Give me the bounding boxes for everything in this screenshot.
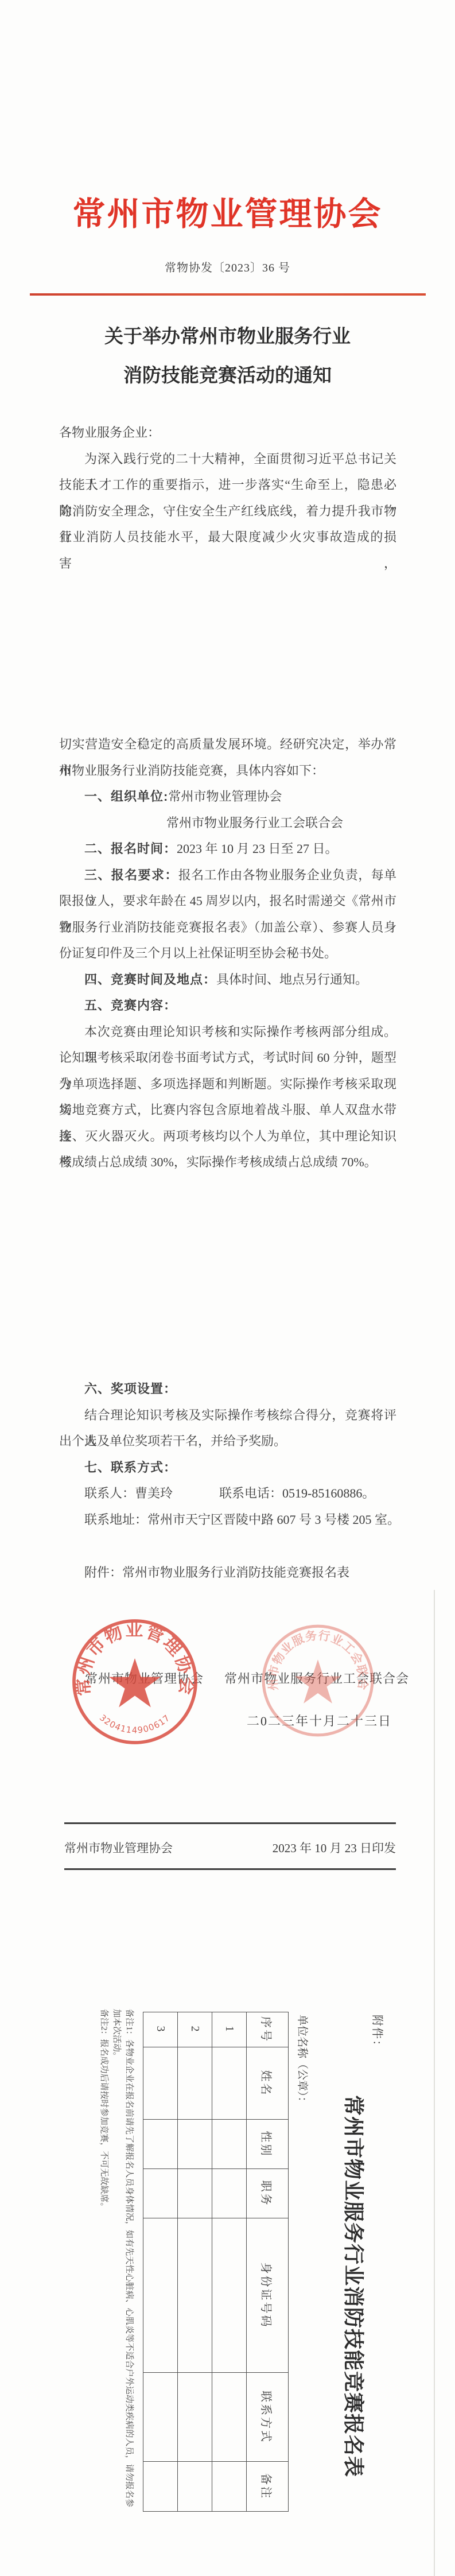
scan-artifact-line <box>434 1590 435 2576</box>
line-text: 附件：常州市物业服务行业消防技能竞赛报名表 <box>84 1565 349 1580</box>
line-text: 备注1：各物业企业在报名前请先了解报名人员身体情况，如有先天性心脏病、心肌炎等不… <box>125 2009 134 2507</box>
contact-phone-text: 联系电话：0519-85160886。 <box>219 1480 375 1507</box>
line-text: 常州市物业管理协会 <box>168 789 282 804</box>
attachment-label: 附件： <box>370 2015 387 2053</box>
text-line: 技能人才工作的重要指示，进一步落实“生命至上，隐患必除” <box>59 472 396 498</box>
signature-org-right: 常州市物业服务行业工会联合会 <box>224 1669 409 1687</box>
section-heading-label: 二、报名时间： <box>84 841 177 856</box>
text-line: 五、竞赛内容： <box>59 992 396 1019</box>
text-line: 四、竞赛时间及地点：具体时间、地点另行通知。 <box>59 967 396 993</box>
empty-cell <box>178 2169 212 2218</box>
row-number-cell: 2 <box>178 2012 212 2047</box>
paragraph-awards-contact: 六、奖项设置：结合理论知识考核及实际操作考核综合得分，竞赛将评选出个人及单位奖项… <box>59 1376 396 1533</box>
text-line: 六、奖项设置： <box>59 1376 396 1402</box>
section-heading-label: 三、报名要求： <box>84 868 178 882</box>
signature-org-left: 常州市物业管理协会 <box>85 1669 204 1687</box>
text-line: 出个人及单位奖项若干名，并给予奖励。 <box>59 1428 396 1454</box>
text-line: 结合理论知识考核及实际操作考核综合得分，竞赛将评选 <box>59 1402 396 1429</box>
paragraph-main-sections: 切实营造安全稳定的高质量发展环境。经研究决定，举办常州市物业服务行业消防技能竞赛… <box>59 731 396 1176</box>
line-text: 具体时间、地点另行通知。 <box>216 972 368 987</box>
empty-cell <box>143 2047 178 2120</box>
text-line: 二、报名时间：2023 年 10 月 23 日至 27 日。 <box>59 836 396 862</box>
table-header-row: 序号 姓名 性别 职务 身份证号码 联系方式 备注 <box>247 2012 289 2512</box>
section-heading-label: 五、竞赛内容： <box>84 998 177 1012</box>
scanned-official-document: 常州市物业管理协会 常物协发〔2023〕36 号 关于举办常州市物业服务行业 消… <box>0 0 455 2576</box>
empty-cell <box>212 2218 247 2373</box>
paragraph-salutation-and-intro: 各物业服务企业：为深入践行党的二十大精神，全面贯彻习近平总书记关于技能人才工作的… <box>59 420 396 550</box>
text-line: 切实营造安全稳定的高质量发展环境。经研究决定，举办常州 <box>59 731 396 758</box>
text-line: 核成绩占总成绩 30%，实际操作考核成绩占总成绩 70%。 <box>59 1149 396 1176</box>
empty-cell <box>212 2120 247 2169</box>
row-number-cell: 3 <box>143 2012 178 2047</box>
empty-cell <box>143 2373 178 2462</box>
empty-cell <box>143 2120 178 2169</box>
text-line: 业服务行业消防技能竞赛报名表》（加盖公章）、参赛人员身 <box>59 914 396 941</box>
footer-bottom-rule <box>64 1868 396 1870</box>
attachment-notes: 备注1：各物业企业在报名前请先了解报名人员身体情况，如有先天性心脏病、心肌炎等不… <box>98 2009 135 2507</box>
text-line: 市物业服务行业消防技能竞赛，具体内容如下： <box>59 758 396 784</box>
empty-cell <box>178 2120 212 2169</box>
text-line: 七、联系方式： <box>59 1454 396 1481</box>
line-text: 联系地址：常州市天宁区晋陵中路 607 号 3 号楼 205 室。 <box>84 1512 400 1527</box>
table-row: 3 <box>143 2012 178 2512</box>
line-text: 业服务行业消防技能竞赛报名表》（加盖公章）、参赛人员身 <box>59 920 396 934</box>
col-header-remark: 备注 <box>247 2462 289 2512</box>
doc-title-line1: 关于举办常州市物业服务行业 <box>0 321 455 348</box>
attachment-reference-line: 附件：常州市物业服务行业消防技能竞赛报名表 <box>59 1559 396 1586</box>
text-line: 备注1：各物业企业在报名前请先了解报名人员身体情况，如有先天性心脏病、心肌炎等不… <box>123 2009 135 2507</box>
text-line: 联系人：曹美玲联系电话：0519-85160886。 <box>59 1480 396 1507</box>
text-line: 行业消防人员技能水平，最大限度减少火灾事故造成的损害， <box>59 524 396 550</box>
footer-issuer: 常州市物业管理协会 <box>64 1838 173 1858</box>
empty-cell <box>178 2462 212 2512</box>
line-text: 联系人：曹美玲 <box>84 1486 173 1500</box>
line-text: 备注2：报名成功后请按时参加竞赛，不可无故缺席。 <box>99 2009 108 2212</box>
doc-title-line2: 消防技能竞赛活动的通知 <box>0 360 455 387</box>
text-line: 论知识考核采取闭卷书面考试方式，考试时间 60 分钟，题型分 <box>59 1045 396 1071</box>
row-number-cell: 1 <box>212 2012 247 2047</box>
section-heading-label: 四、竞赛时间及地点： <box>84 972 216 987</box>
footer-top-rule <box>64 1822 396 1824</box>
empty-cell <box>178 2047 212 2120</box>
section-heading-label: 一、组织单位: <box>84 789 168 804</box>
line-text: 份证复印件及三个月以上社保证明至协会秘书处。 <box>59 946 337 960</box>
col-header-seq: 序号 <box>247 2012 289 2047</box>
footer-row: 常州市物业管理协会 2023 年 10 月 23 日印发 <box>64 1838 396 1858</box>
col-header-position: 职务 <box>247 2169 289 2218</box>
empty-cell <box>212 2462 247 2512</box>
col-header-name: 姓名 <box>247 2047 289 2120</box>
svg-text:3204114900617: 3204114900617 <box>98 1713 172 1735</box>
signature-date: 二0二三年十月二十三日 <box>247 1712 392 1729</box>
text-line: 为深入践行党的二十大精神，全面贯彻习近平总书记关于 <box>59 446 396 472</box>
table-row: 2 <box>178 2012 212 2512</box>
text-line: 为单项选择题、多项选择题和判断题。实际操作考核采取现场 <box>59 1071 396 1097</box>
text-line: 附件：常州市物业服务行业消防技能竞赛报名表 <box>59 1559 396 1586</box>
line-text: 各物业服务企业： <box>59 425 160 440</box>
text-line: 接、灭火器灭火。两项考核均以个人为单位，其中理论知识考 <box>59 1123 396 1150</box>
empty-cell <box>143 2169 178 2218</box>
attachment-unit-name-label: 单位名称（公章）： <box>295 2015 311 2108</box>
line-text: 出个人及单位奖项若干名，并给予奖励。 <box>59 1434 286 1448</box>
section-heading-label: 七、联系方式： <box>84 1460 177 1475</box>
table-row: 1 <box>212 2012 247 2512</box>
text-line: 的消防安全理念，守住安全生产红线底线，着力提升我市物业 <box>59 498 396 525</box>
red-divider-rule <box>30 293 426 296</box>
line-text: 核成绩占总成绩 30%，实际操作考核成绩占总成绩 70%。 <box>59 1155 377 1169</box>
line-text: 常州市物业服务行业工会联合会 <box>166 816 343 830</box>
document-number: 常物协发〔2023〕36 号 <box>0 258 455 275</box>
footer-print-date: 2023 年 10 月 23 日印发 <box>273 1838 396 1858</box>
section-heading-label: 六、奖项设置： <box>84 1382 177 1396</box>
text-line: 常州市物业服务行业工会联合会 <box>59 810 396 836</box>
text-line: 加本次活动。 <box>110 2009 123 2507</box>
registration-table: 序号 姓名 性别 职务 身份证号码 联系方式 备注 1 2 3 <box>143 2012 289 2512</box>
empty-cell <box>143 2218 178 2373</box>
line-text: 市物业服务行业消防技能竞赛，具体内容如下： <box>59 763 324 778</box>
empty-cell <box>212 2047 247 2120</box>
attachment-registration-form: 附件： 常州市物业服务行业消防技能竞赛报名表 单位名称（公章）： 序号 姓名 性… <box>46 1977 390 2546</box>
text-line: 一、组织单位:常州市物业管理协会 <box>59 783 396 810</box>
text-line: 三、报名要求：报名工作由各物业服务企业负责，每单位 <box>59 862 396 889</box>
empty-cell <box>178 2373 212 2462</box>
empty-cell <box>178 2218 212 2373</box>
col-header-gender: 性别 <box>247 2120 289 2169</box>
text-line: 份证复印件及三个月以上社保证明至协会秘书处。 <box>59 940 396 967</box>
col-header-contact: 联系方式 <box>247 2373 289 2462</box>
text-line: 联系地址：常州市天宁区晋陵中路 607 号 3 号楼 205 室。 <box>59 1507 396 1533</box>
letterhead-org-name: 常州市物业管理协会 <box>0 196 455 233</box>
empty-cell <box>212 2169 247 2218</box>
text-line: 限报 3 人，要求年龄在 45 周岁以内，报名时需递交《常州市物 <box>59 888 396 914</box>
text-line: 各物业服务企业： <box>59 420 396 446</box>
empty-cell <box>143 2462 178 2512</box>
text-line: 备注2：报名成功后请按时参加竞赛，不可无故缺席。 <box>98 2009 110 2507</box>
line-text: 加本次活动。 <box>112 2009 121 2061</box>
text-line: 实地竞赛方式，比赛内容包含原地着战斗服、单人双盘水带连 <box>59 1097 396 1123</box>
attachment-form-title: 常州市物业服务行业消防技能竞赛报名表 <box>340 2095 370 2477</box>
text-line: 本次竞赛由理论知识考核和实际操作考核两部分组成。理 <box>59 1019 396 1045</box>
line-text: 2023 年 10 月 23 日至 27 日。 <box>177 841 338 856</box>
col-header-id-number: 身份证号码 <box>247 2218 289 2373</box>
empty-cell <box>212 2373 247 2462</box>
line-text: 行业消防人员技能水平，最大限度减少火灾事故造成的损害， <box>59 530 396 571</box>
